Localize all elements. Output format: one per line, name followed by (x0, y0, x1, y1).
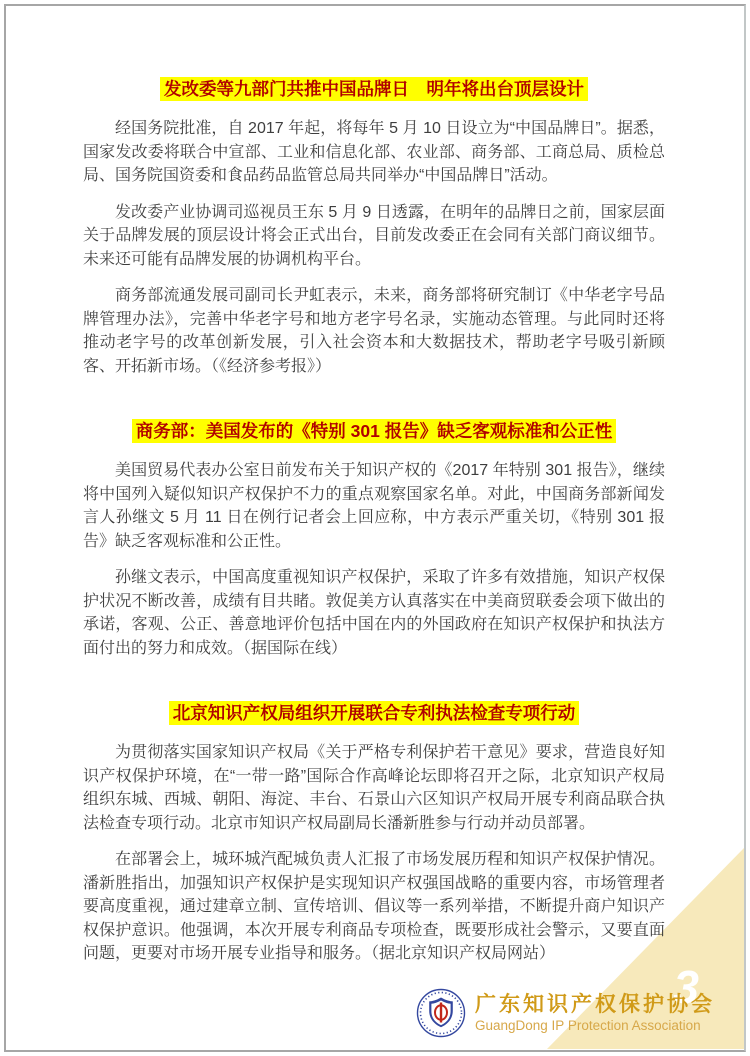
paragraph: 发改委产业协调司巡视员王东 5 月 9 日透露，在明年的品牌日之前，国家层面关于… (83, 201, 665, 272)
paragraph: 为贯彻落实国家知识产权局《关于严格专利保护若干意见》要求，营造良好知识产权保护环… (83, 741, 665, 835)
article-title: 发改委等九部门共推中国品牌日 明年将出台顶层设计 (83, 78, 665, 101)
org-name-chinese: 广东知识产权保护协会 (475, 993, 715, 1017)
paragraph: 在部署会上，城环城汽配城负责人汇报了市场发展历程和知识产权保护情况。潘新胜指出，… (83, 848, 665, 966)
ip-association-emblem-icon (416, 988, 466, 1038)
paragraph: 经国务院批准，自 2017 年起，将每年 5 月 10 日设立为“中国品牌日”。… (83, 117, 665, 188)
article-title: 北京知识产权局组织开展联合专利执法检查专项行动 (83, 702, 665, 725)
article-title: 商务部：美国发布的《特别 301 报告》缺乏客观标准和公正性 (83, 420, 665, 443)
page-footer: 广东知识产权保护协会 GuangDong IP Protection Assoc… (416, 988, 715, 1038)
document-page: 3 发改委等九部门共推中国品牌日 明年将出台顶层设计 经国务院批准，自 2017… (0, 0, 750, 1056)
article-beijing-patent-inspection: 北京知识产权局组织开展联合专利执法检查专项行动 为贯彻落实国家知识产权局《关于严… (83, 702, 665, 966)
article-title-text: 发改委等九部门共推中国品牌日 明年将出台顶层设计 (160, 77, 588, 101)
org-name-english: GuangDong IP Protection Association (475, 1019, 715, 1034)
article-special-301: 商务部：美国发布的《特别 301 报告》缺乏客观标准和公正性 美国贸易代表办公室… (83, 420, 665, 660)
content-area: 发改委等九部门共推中国品牌日 明年将出台顶层设计 经国务院批准，自 2017 年… (0, 0, 750, 966)
paragraph: 商务部流通发展司副司长尹虹表示，未来，商务部将研究制订《中华老字号品牌管理办法》… (83, 284, 665, 378)
paragraph: 美国贸易代表办公室日前发布关于知识产权的《2017 年特别 301 报告》，继续… (83, 459, 665, 553)
article-brand-day: 发改委等九部门共推中国品牌日 明年将出台顶层设计 经国务院批准，自 2017 年… (83, 78, 665, 378)
org-wordmark: 广东知识产权保护协会 GuangDong IP Protection Assoc… (475, 993, 715, 1034)
article-title-text: 商务部：美国发布的《特别 301 报告》缺乏客观标准和公正性 (132, 419, 616, 443)
article-title-text: 北京知识产权局组织开展联合专利执法检查专项行动 (169, 701, 580, 725)
paragraph: 孙继文表示，中国高度重视知识产权保护，采取了许多有效措施，知识产权保护状况不断改… (83, 566, 665, 660)
